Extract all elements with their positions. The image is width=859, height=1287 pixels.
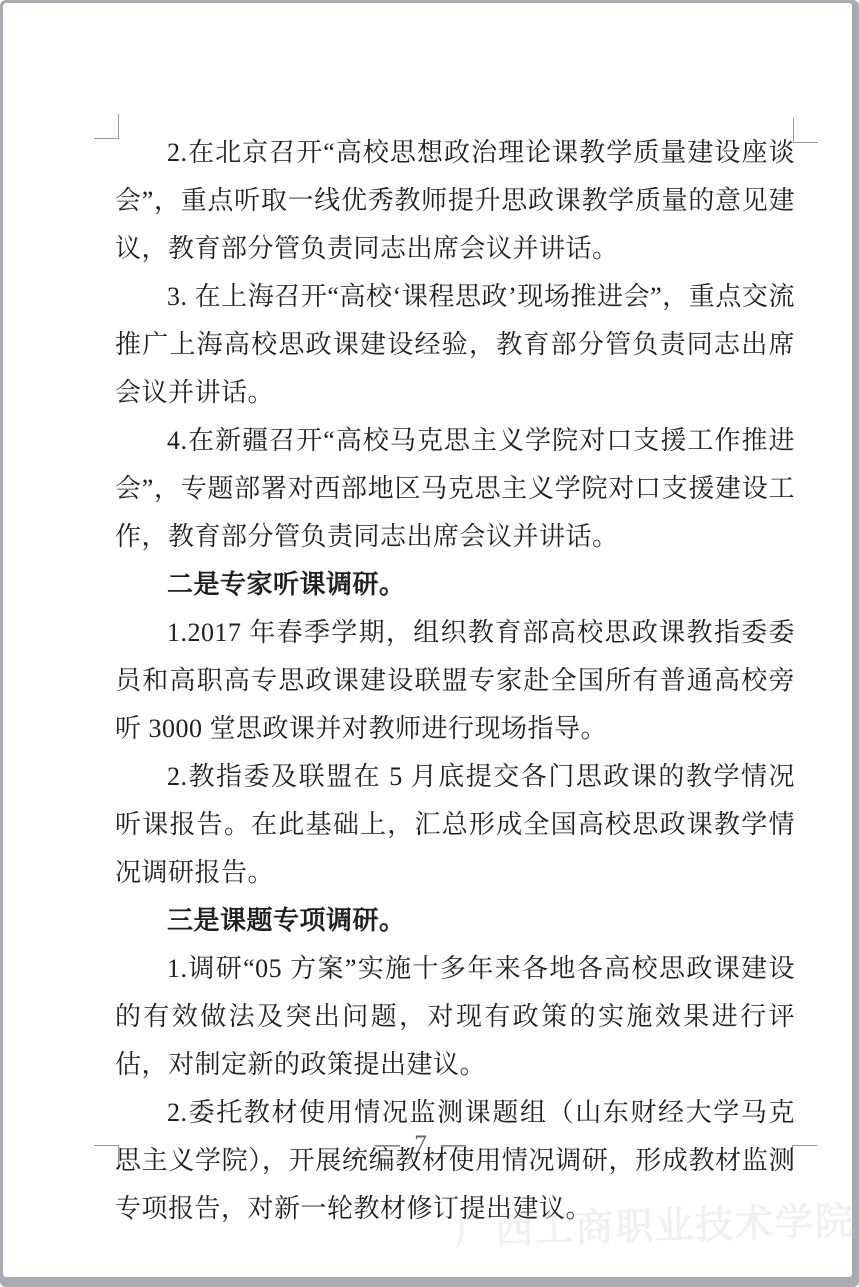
paragraph: 2.委托教材使用情况监测课题组（山东财经大学马克思主义学院），开展统编教材使用情… [115, 1089, 795, 1233]
paragraph: 2.教指委及联盟在 5 月底提交各门思政课的教学情况听课报告。在此基础上，汇总形… [115, 753, 795, 897]
document-frame: 2.在北京召开“高校思想政治理论课教学质量建设座谈会”，重点听取一线优秀教师提升… [0, 0, 859, 1287]
paragraph: 4.在新疆召开“高校马克思主义学院对口支援工作推进会”，专题部署对西部地区马克思… [115, 417, 795, 561]
crop-mark-top-right [793, 118, 818, 143]
paragraph: 1.调研“05 方案”实施十多年来各地各高校思政课建设的有效做法及突出问题，对现… [115, 945, 795, 1089]
section-heading: 二是专家听课调研。 [115, 561, 795, 609]
paragraph: 3. 在上海召开“高校‘课程思政’现场推进会”，重点交流推广上海高校思政课建设经… [115, 273, 795, 417]
document-page: 2.在北京召开“高校思想政治理论课教学质量建设座谈会”，重点听取一线优秀教师提升… [3, 3, 852, 1277]
paragraph: 1.2017 年春季学期，组织教育部高校思政课教指委委员和高职高专思政课建设联盟… [115, 609, 795, 753]
section-heading: 三是课题专项调研。 [115, 897, 795, 945]
document-content: 2.在北京召开“高校思想政治理论课教学质量建设座谈会”，重点听取一线优秀教师提升… [115, 129, 795, 1233]
page-number: — 7 — [3, 1131, 842, 1159]
paragraph: 2.在北京召开“高校思想政治理论课教学质量建设座谈会”，重点听取一线优秀教师提升… [115, 129, 795, 273]
